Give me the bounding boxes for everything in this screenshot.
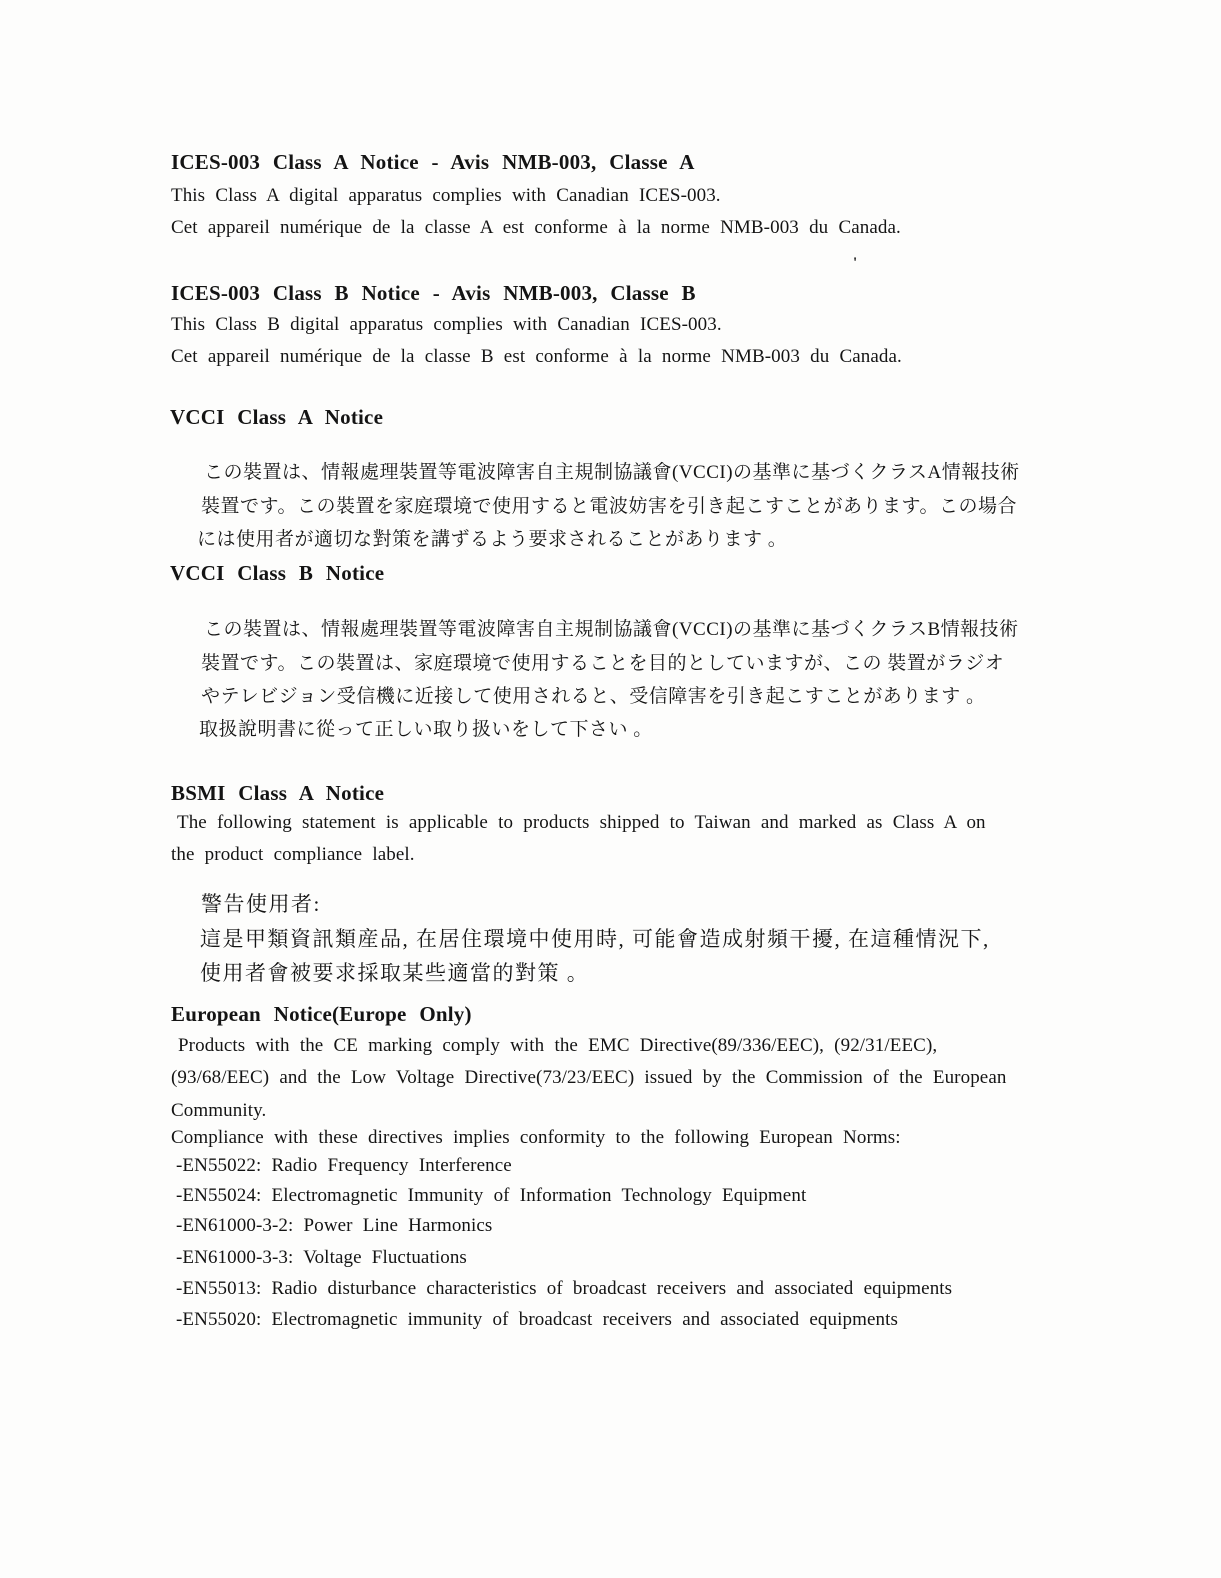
vcci-a-jp-line-2: 裝置です。この裝置を家庭環境で使用すると電波妨害を引き起こすことがあります。この… xyxy=(201,496,1017,519)
european-line-4: Compliance with these directives implies… xyxy=(171,1127,901,1150)
ices-b-line-2: Cet appareil numérique de la classe B es… xyxy=(171,346,902,369)
european-line-3: Community. xyxy=(171,1100,266,1123)
vcci-a-jp-line-1: この裝置は、情報處理裝置等電波障害自主規制協議會(VCCI)の基準に基づくクラス… xyxy=(204,462,1020,485)
vcci-b-jp-line-2: 裝置です。この裝置は、家庭環境で使用することを目的としていますが、この 裝置がラ… xyxy=(201,653,1004,676)
european-norm-item: -EN55024: Electromagnetic Immunity of In… xyxy=(176,1185,806,1208)
vcci-b-jp-line-3: やテレビジョン受信機に近接して使用されると、受信障害を引き起こすことがあります … xyxy=(201,686,986,709)
european-norm-item: -EN55020: Electromagnetic immunity of br… xyxy=(176,1309,898,1332)
european-norm-item: -EN55022: Radio Frequency Interference xyxy=(176,1155,512,1178)
bsmi-line-1: The following statement is applicable to… xyxy=(177,812,986,835)
vcci-b-heading: VCCI Class B Notice xyxy=(170,561,384,586)
european-line-1: Products with the CE marking comply with… xyxy=(178,1035,937,1058)
bsmi-cn-line-2: 這是甲類資訊類産品, 在居住環境中使用時, 可能會造成射頻干擾, 在這種情況下, xyxy=(200,927,990,952)
european-norm-item: -EN55013: Radio disturbance characterist… xyxy=(176,1278,952,1301)
ices-b-heading: ICES-003 Class B Notice - Avis NMB-003, … xyxy=(171,281,696,306)
vcci-a-jp-line-3: には使用者が適切な對策を講ずるよう要求されることがあります 。 xyxy=(197,529,787,552)
ices-b-line-1: This Class B digital apparatus complies … xyxy=(171,314,722,337)
ices-a-line-1: This Class A digital apparatus complies … xyxy=(171,185,721,208)
bsmi-heading: BSMI Class A Notice xyxy=(171,781,384,806)
bsmi-cn-line-1: 警告使用者: xyxy=(201,892,321,917)
stray-scan-mark: ' xyxy=(853,254,857,272)
european-line-2: (93/68/EEC) and the Low Voltage Directiv… xyxy=(171,1067,1006,1090)
european-norm-item: -EN61000-3-3: Voltage Fluctuations xyxy=(176,1247,467,1270)
european-heading: European Notice(Europe Only) xyxy=(171,1002,472,1027)
vcci-a-heading: VCCI Class A Notice xyxy=(170,405,383,430)
document-page: ICES-003 Class A Notice - Avis NMB-003, … xyxy=(0,0,1221,1578)
ices-a-line-2: Cet appareil numérique de la classe A es… xyxy=(171,217,901,240)
vcci-b-jp-line-4: 取扱說明書に從って正しい取り扱いをして下さい 。 xyxy=(199,719,653,742)
european-norm-item: -EN61000-3-2: Power Line Harmonics xyxy=(176,1215,492,1238)
bsmi-cn-line-3: 使用者會被要求採取某些適當的對策 。 xyxy=(200,961,589,986)
bsmi-line-2: the product compliance label. xyxy=(171,844,415,867)
ices-a-heading: ICES-003 Class A Notice - Avis NMB-003, … xyxy=(171,150,695,175)
vcci-b-jp-line-1: この裝置は、情報處理裝置等電波障害自主規制協議會(VCCI)の基準に基づくクラス… xyxy=(204,619,1019,642)
